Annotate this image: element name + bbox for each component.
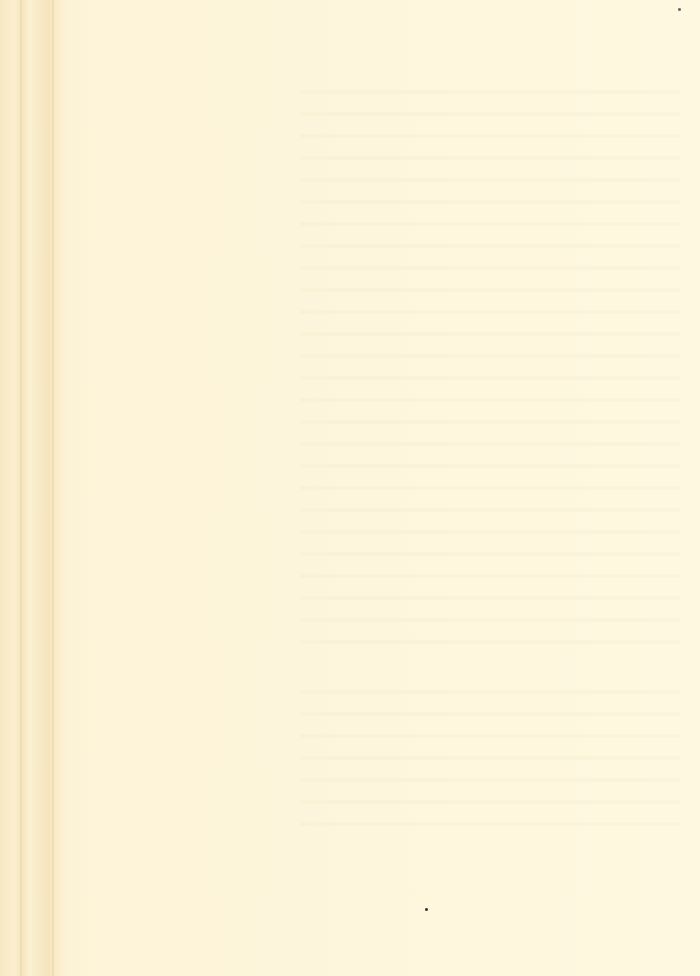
blank-document-page bbox=[0, 0, 700, 976]
speck-mark bbox=[678, 8, 681, 11]
bleed-through-text-region bbox=[300, 90, 680, 650]
binding-gutter-shadow bbox=[52, 0, 54, 976]
bleed-through-text-region bbox=[300, 690, 680, 830]
speck-mark bbox=[425, 908, 428, 911]
binding-gutter-shadow bbox=[20, 0, 22, 976]
